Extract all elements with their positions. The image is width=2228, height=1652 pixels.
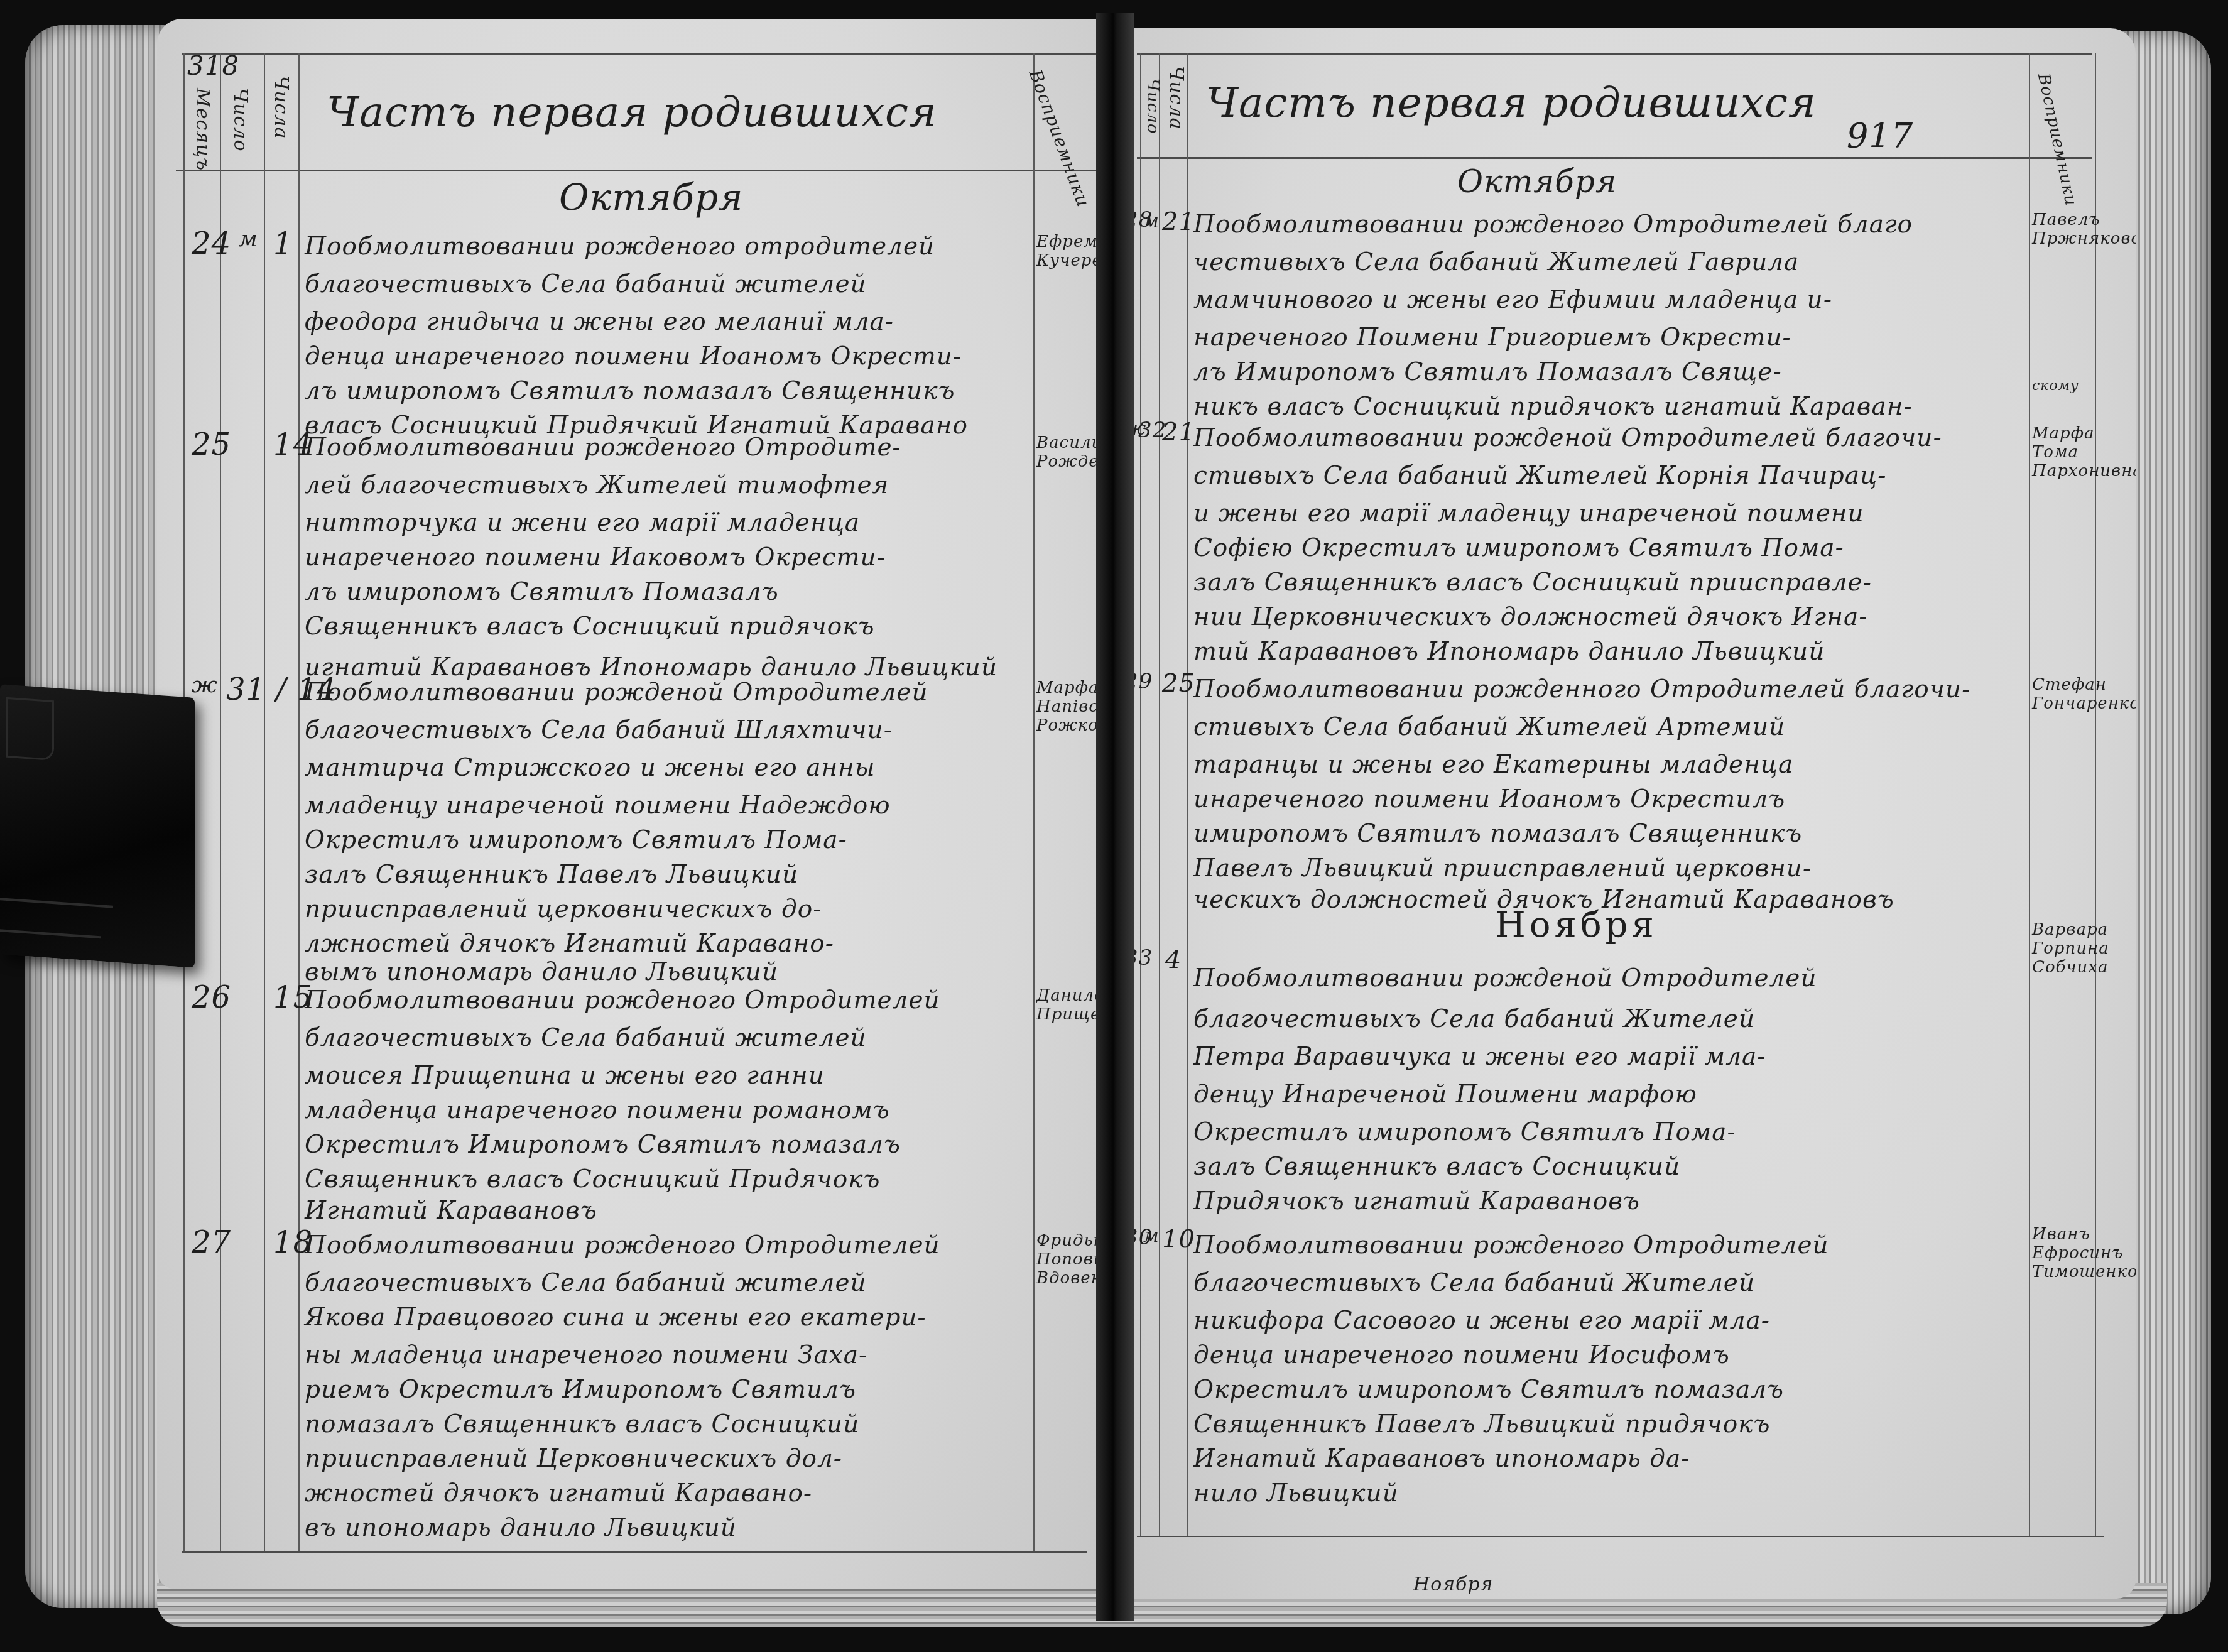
entry-line: приисправлений церковническихъ до- (305, 895, 822, 923)
col-header-number: Число (229, 88, 251, 151)
entry-line: никифора Сасового и жены его марії мла- (1193, 1307, 1770, 1335)
entry-line: нитторчука и жени его марії младенца (305, 509, 860, 537)
right-page: Число Числа Частъ первая родившихся 917 … (1124, 28, 2136, 1599)
entry-line: инареченого поимени Иоаномъ Окрестилъ (1193, 785, 1785, 813)
col-header-month: Месяцъ (192, 88, 214, 171)
entry-line: залъ Священникъ Павелъ Львицкий (305, 861, 798, 889)
entry-line: тий Каравановъ Ипономарь данило Львицкий (1193, 638, 1825, 666)
entry-line: мантирча Стрижского и жены его анны (305, 754, 876, 782)
entry-line: младенцу инареченой поимени Надеждою (305, 791, 891, 820)
entry-line: Софією Окрестилъ имиропомъ Святилъ Пома- (1193, 534, 1844, 562)
entry-line: младенца инареченого поимени романомъ (305, 1096, 890, 1124)
clip-ridge (0, 929, 101, 938)
godparent-note: Стефан Гончаренко (2032, 675, 2133, 713)
entry-line: риемъ Окрестилъ Имиропомъ Святилъ (305, 1376, 856, 1404)
col-rule-2 (1159, 53, 1160, 1536)
page-title: Частъ первая родившихся (327, 88, 937, 136)
godparent-note: Марфа Тома Пархонивна (2032, 424, 2133, 481)
entry-line: Пообмолитвовании рожденой Отродителей бл… (1193, 424, 1942, 452)
entry-line: Пообмолитвовании рожденого отродителей (305, 232, 935, 261)
entry-line: залъ Священникъ власъ Сосницкий прииспра… (1193, 568, 1872, 597)
catchword: Ноября (1413, 1573, 1493, 1595)
entry-line: залъ Священникъ власъ Сосницкий (1193, 1153, 1680, 1181)
col-header-godparents: Восприемники (1025, 67, 1094, 210)
entry-line: Окрестилъ Имиропомъ Святилъ помазалъ (305, 1131, 901, 1159)
col-header-day: Числа (1165, 66, 1187, 129)
header-top-rule (182, 53, 1106, 55)
godparent-note: Марфа Напівська Рожкова (1036, 678, 1106, 735)
entry-line: благочестивыхъ Села бабаний Шляхтичи- (305, 716, 893, 744)
godparent-note: Фридько Попович Вдовенко (1036, 1231, 1106, 1288)
entry-line: помазалъ Священникъ власъ Сосницкий (305, 1410, 859, 1438)
godparent-note: Ефрем Кучеренко (1036, 232, 1106, 270)
col-rule-margin (2029, 53, 2030, 1536)
corner-mark: 318 (187, 50, 239, 81)
col-rule-4 (298, 53, 300, 1551)
entry-line: и жены его марії младенцу инареченой пои… (1193, 499, 1864, 528)
reg-number: 25 (192, 427, 231, 462)
col-header-godparents: Восприемники (2034, 72, 2080, 207)
entry-line: никъ власъ Сосницкий придячокъ игнатий К… (1193, 393, 1913, 421)
page-bottom-rule (1137, 1536, 2104, 1537)
entry-line: стивыхъ Села бабаний Жителей Артемий (1193, 713, 1785, 741)
entry-line: Пообмолитвовании рожденого Отродите- (305, 433, 901, 462)
entry-line: нии Церковническихъ должностей дячокъ Иг… (1193, 603, 1867, 631)
entry-line: Пообмолитвовании рожденой Отродителей (1193, 964, 1817, 992)
day-number: 21 (1162, 418, 1195, 447)
entry-line: въ ипономарь данило Львицкий (305, 1514, 737, 1542)
day-number: 10 (1162, 1225, 1195, 1254)
entry-line: денца инареченого поимени Иоаномъ Окрест… (305, 342, 962, 371)
entry-line: жностей дячокъ игнатий Каравано- (305, 1479, 812, 1508)
entry-line: Окрестилъ имиропомъ Святилъ помазалъ (1193, 1376, 1784, 1404)
clip-ridge (0, 898, 113, 908)
book-gutter (1096, 13, 1134, 1621)
entry-line: Павелъ Львицкий приисправлений церковни- (1193, 854, 1812, 883)
col-rule-margin (1033, 53, 1035, 1551)
entry-line: Окрестилъ имиропомъ Святилъ Пома- (305, 826, 847, 854)
entry-line: Священникъ Павелъ Львицкий придячокъ (1193, 1410, 1770, 1438)
col-rule-2 (220, 53, 221, 1551)
entry-line: Священникъ власъ Сосницкий Придячокъ (305, 1165, 880, 1193)
entry-line: благочестивыхъ Села бабаний Жителей (1193, 1269, 1755, 1297)
entry-line: вымъ ипономарь данило Львицкий (305, 958, 778, 986)
header-top-rule (1137, 53, 2092, 55)
entry-line: благочестивыхъ Села бабаний жителей (305, 270, 867, 298)
sex-mark: ж (192, 672, 218, 698)
month-heading: Октября (1457, 163, 1617, 200)
godparent-note: Данило Прищепенко (1036, 986, 1106, 1024)
entry-line: Пообмолитвовании рожденого Отродителей (305, 1231, 940, 1259)
entry-line: нареченого Поимени Григориемъ Окрести- (1193, 323, 1791, 352)
day-number: 21 (1162, 207, 1195, 236)
clip-tab (6, 697, 54, 761)
header-bottom-rule (1137, 157, 2092, 159)
entry-line: Пообмолитвовании рожденного Отродителей … (1193, 675, 1970, 704)
left-page: Месяцъ Число Числа 318 Частъ первая роди… (157, 19, 1106, 1589)
entry-line: Пообмолитвовании рожденой Отродителей (305, 678, 928, 707)
entry-line: благочестивыхъ Села бабаний жителей (305, 1269, 867, 1297)
header-bottom-rule (176, 170, 1106, 171)
godparent-note: Иванъ Ефросинъ Тимошенко (2032, 1225, 2133, 1281)
entry-line: мамчинового и жены его Ефимии младенца и… (1193, 286, 1832, 314)
entry-line: имиропомъ Святилъ помазалъ Священникъ (1193, 820, 1802, 848)
entry-line: Пообмолитвовании рожденого Отродителей (305, 986, 940, 1014)
sex-mark: м (239, 226, 258, 252)
entry-line: лъ Имиропомъ Святилъ Помазалъ Свяще- (1193, 358, 1782, 386)
entry-line: моисея Прищепина и жены его ганни (305, 1062, 825, 1090)
entry-line: лей благочестивыхъ Жителей тимофтея (305, 471, 889, 499)
entry-line: благочестивыхъ Села бабаний жителей (305, 1024, 867, 1052)
col-rule-3 (1187, 53, 1188, 1536)
entry-line: лъ имиропомъ Святилъ помазалъ Священникъ (305, 377, 955, 405)
godparent-note: Василий Рожденко (1036, 433, 1106, 471)
entry-line: Пообмолитвовании рожденого Отродителей (1193, 1231, 1829, 1259)
day-number: 25 (1162, 669, 1195, 698)
sex-mark: м (1143, 210, 1160, 232)
entry-line: ны младенца инареченого поимени Заха- (305, 1341, 867, 1369)
godparent-note: Павелъ Пржняковский (2032, 210, 2133, 248)
entry-line: игнатий Каравановъ Ипономарь данило Льви… (305, 653, 997, 682)
page-bottom-rule (182, 1551, 1087, 1553)
entry-line: Петра Варавичука и жены его марії мла- (1193, 1043, 1766, 1071)
day-number: 1 (273, 226, 293, 261)
entry-line: Якова Правцового сина и жены его екатери… (305, 1303, 927, 1332)
reg-number: 27 (192, 1225, 231, 1260)
entry-line: Игнатий Каравановъ (305, 1197, 597, 1225)
col-rule-3 (264, 53, 265, 1551)
entry-line: лъ имиропомъ Святилъ Помазалъ (305, 578, 779, 606)
godparent-note: Варвара Горпина Собчиха (2032, 920, 2133, 977)
entry-line: феодора гнидыча и жены его меланиї мла- (305, 308, 894, 336)
entry-line: Игнатий Каравановъ ипономарь да- (1193, 1445, 1690, 1473)
month-heading: Октября (559, 176, 744, 219)
entry-line: нило Львицкий (1193, 1479, 1399, 1508)
entry-line: денцу Инареченой Поимени марфою (1193, 1080, 1697, 1109)
entry-line: лжностей дячокъ Игнатий Каравано- (305, 930, 834, 958)
godparent-note-extra: скому (2032, 377, 2133, 396)
reg-number: 26 (192, 980, 231, 1015)
col-rule-1 (1140, 53, 1141, 1536)
entry-line: приисправлений Церковническихъ дол- (305, 1445, 842, 1473)
entry-line: денца инареченого поимени Иосифомъ (1193, 1341, 1730, 1369)
entry-line: инареченого поимени Иаковомъ Окрести- (305, 543, 886, 572)
entry-line: Придячокъ игнатий Каравановъ (1193, 1187, 1640, 1215)
reg-number: 24 (192, 226, 231, 261)
binder-clip (0, 684, 195, 968)
sex-mark: м (1143, 1225, 1160, 1247)
folio-number: 917 (1847, 116, 1913, 156)
entry-line: Священникъ власъ Сосницкий придячокъ (305, 612, 875, 641)
entry-line: таранцы и жены его Екатерины младенца (1193, 751, 1793, 779)
page-edges-right (2123, 31, 2211, 1614)
col-rule-outer (2095, 53, 2096, 1536)
col-header-number: Число (1143, 79, 1162, 134)
page-title: Частъ первая родившихся (1206, 79, 1817, 127)
entry-line: благочестивыхъ Села бабаний Жителей (1193, 1005, 1755, 1033)
day-number: 4 (1165, 945, 1182, 974)
entry-line: стивыхъ Села бабаний Жителей Корнія Пачи… (1193, 462, 1886, 490)
month-heading: Ноября (1495, 905, 1658, 945)
entry-line: Пообмолитвовании рожденого Отродителей б… (1193, 210, 1913, 239)
entry-line: честивыхъ Села бабаний Жителей Гаврила (1193, 248, 1799, 276)
entry-line: Окрестилъ имиропомъ Святилъ Пома- (1193, 1118, 1736, 1146)
col-header-day: Числа (270, 75, 292, 139)
